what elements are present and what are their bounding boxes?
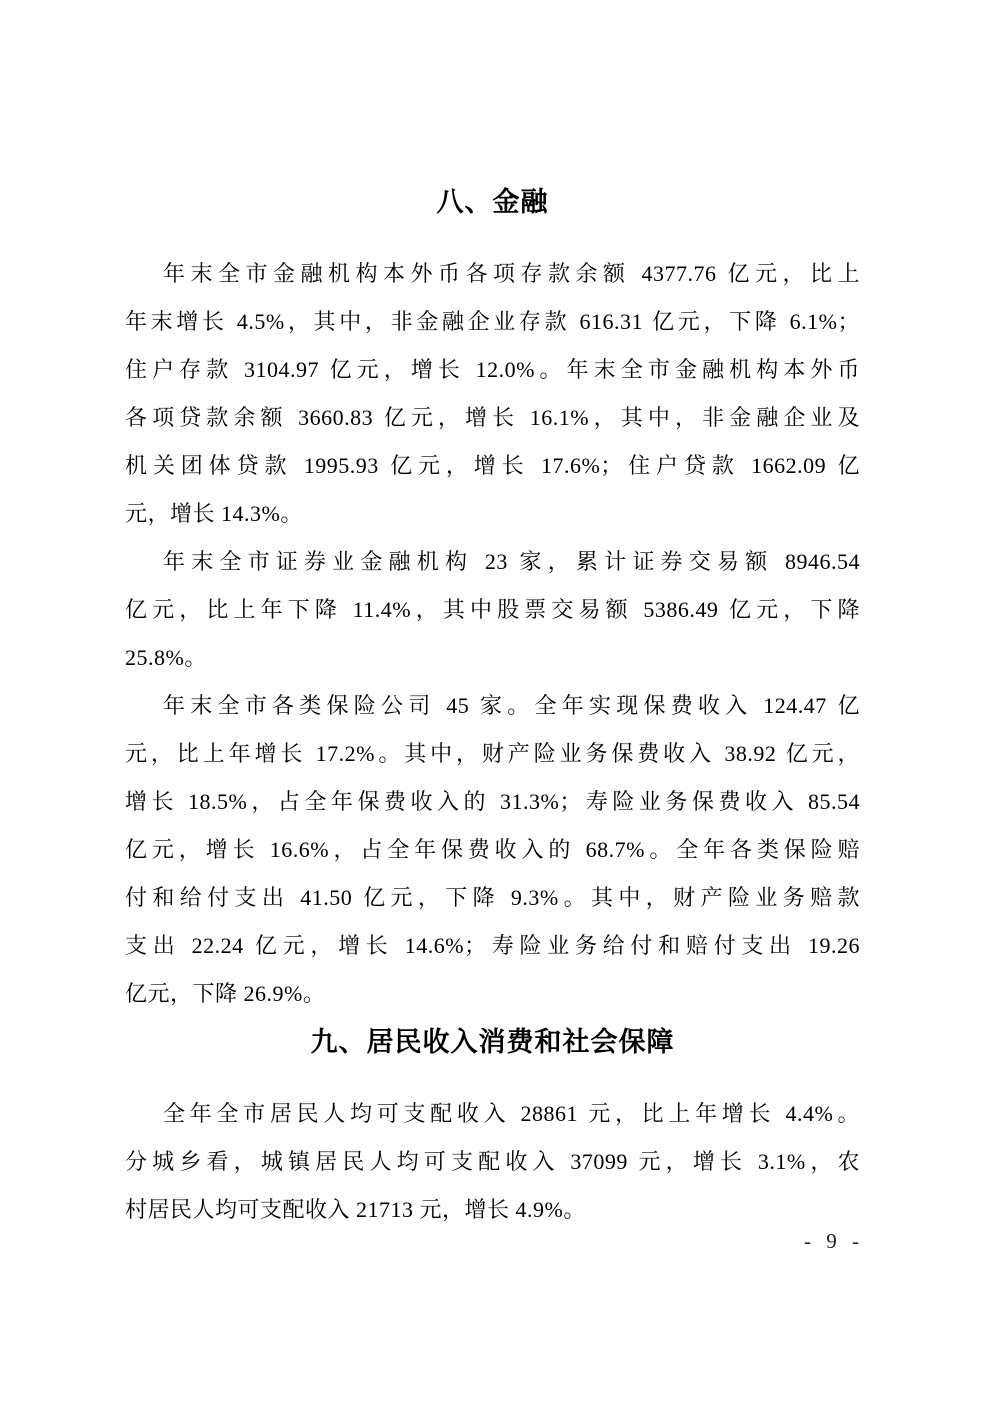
paragraph: 年末全市证券业金融机构 23 家，累计证券交易额 8946.54亿元，比上年下降…	[125, 538, 860, 682]
text-line: 年末全市金融机构本外币各项存款余额 4377.76 亿元，比上	[125, 250, 860, 298]
paragraph: 年末全市各类保险公司 45 家。全年实现保费收入 124.47 亿元，比上年增长…	[125, 682, 860, 1018]
text-line: 全年全市居民人均可支配收入 28861 元，比上年增长 4.4%。	[125, 1090, 860, 1138]
text-line: 亿元，增长 16.6%，占全年保费收入的 68.7%。全年各类保险赔	[125, 826, 860, 874]
text-line: 增长 18.5%，占全年保费收入的 31.3%；寿险业务保费收入 85.54	[125, 778, 860, 826]
text-line: 机关团体贷款 1995.93 亿元，增长 17.6%；住户贷款 1662.09 …	[125, 442, 860, 490]
document-content: 八、金融年末全市金融机构本外币各项存款余额 4377.76 亿元，比上年末增长 …	[125, 178, 860, 1234]
paragraph: 全年全市居民人均可支配收入 28861 元，比上年增长 4.4%。分城乡看，城镇…	[125, 1090, 860, 1234]
text-line: 分城乡看，城镇居民人均可支配收入 37099 元，增长 3.1%，农	[125, 1138, 860, 1186]
section-heading-2: 九、居民收入消费和社会保障	[125, 1018, 860, 1066]
page-number: - 9 -	[804, 1228, 864, 1254]
text-line: 年末增长 4.5%，其中，非金融企业存款 616.31 亿元，下降 6.1%；	[125, 298, 860, 346]
text-line: 住户存款 3104.97 亿元，增长 12.0%。年末全市金融机构本外币	[125, 346, 860, 394]
text-line: 支出 22.24 亿元，增长 14.6%；寿险业务给付和赔付支出 19.26	[125, 922, 860, 970]
text-line: 25.8%。	[125, 634, 860, 682]
text-line: 亿元，下降 26.9%。	[125, 970, 860, 1018]
paragraph: 年末全市金融机构本外币各项存款余额 4377.76 亿元，比上年末增长 4.5%…	[125, 250, 860, 538]
text-line: 年末全市各类保险公司 45 家。全年实现保费收入 124.47 亿	[125, 682, 860, 730]
text-line: 亿元，比上年下降 11.4%，其中股票交易额 5386.49 亿元，下降	[125, 586, 860, 634]
text-line: 元，增长 14.3%。	[125, 490, 860, 538]
section-heading-1: 八、金融	[125, 178, 860, 226]
text-line: 年末全市证券业金融机构 23 家，累计证券交易额 8946.54	[125, 538, 860, 586]
text-line: 各项贷款余额 3660.83 亿元，增长 16.1%，其中，非金融企业及	[125, 394, 860, 442]
text-line: 村居民人均可支配收入 21713 元，增长 4.9%。	[125, 1186, 860, 1234]
text-line: 付和给付支出 41.50 亿元，下降 9.3%。其中，财产险业务赔款	[125, 874, 860, 922]
document-page: 八、金融年末全市金融机构本外币各项存款余额 4377.76 亿元，比上年末增长 …	[0, 0, 992, 1403]
text-line: 元，比上年增长 17.2%。其中，财产险业务保费收入 38.92 亿元，	[125, 730, 860, 778]
